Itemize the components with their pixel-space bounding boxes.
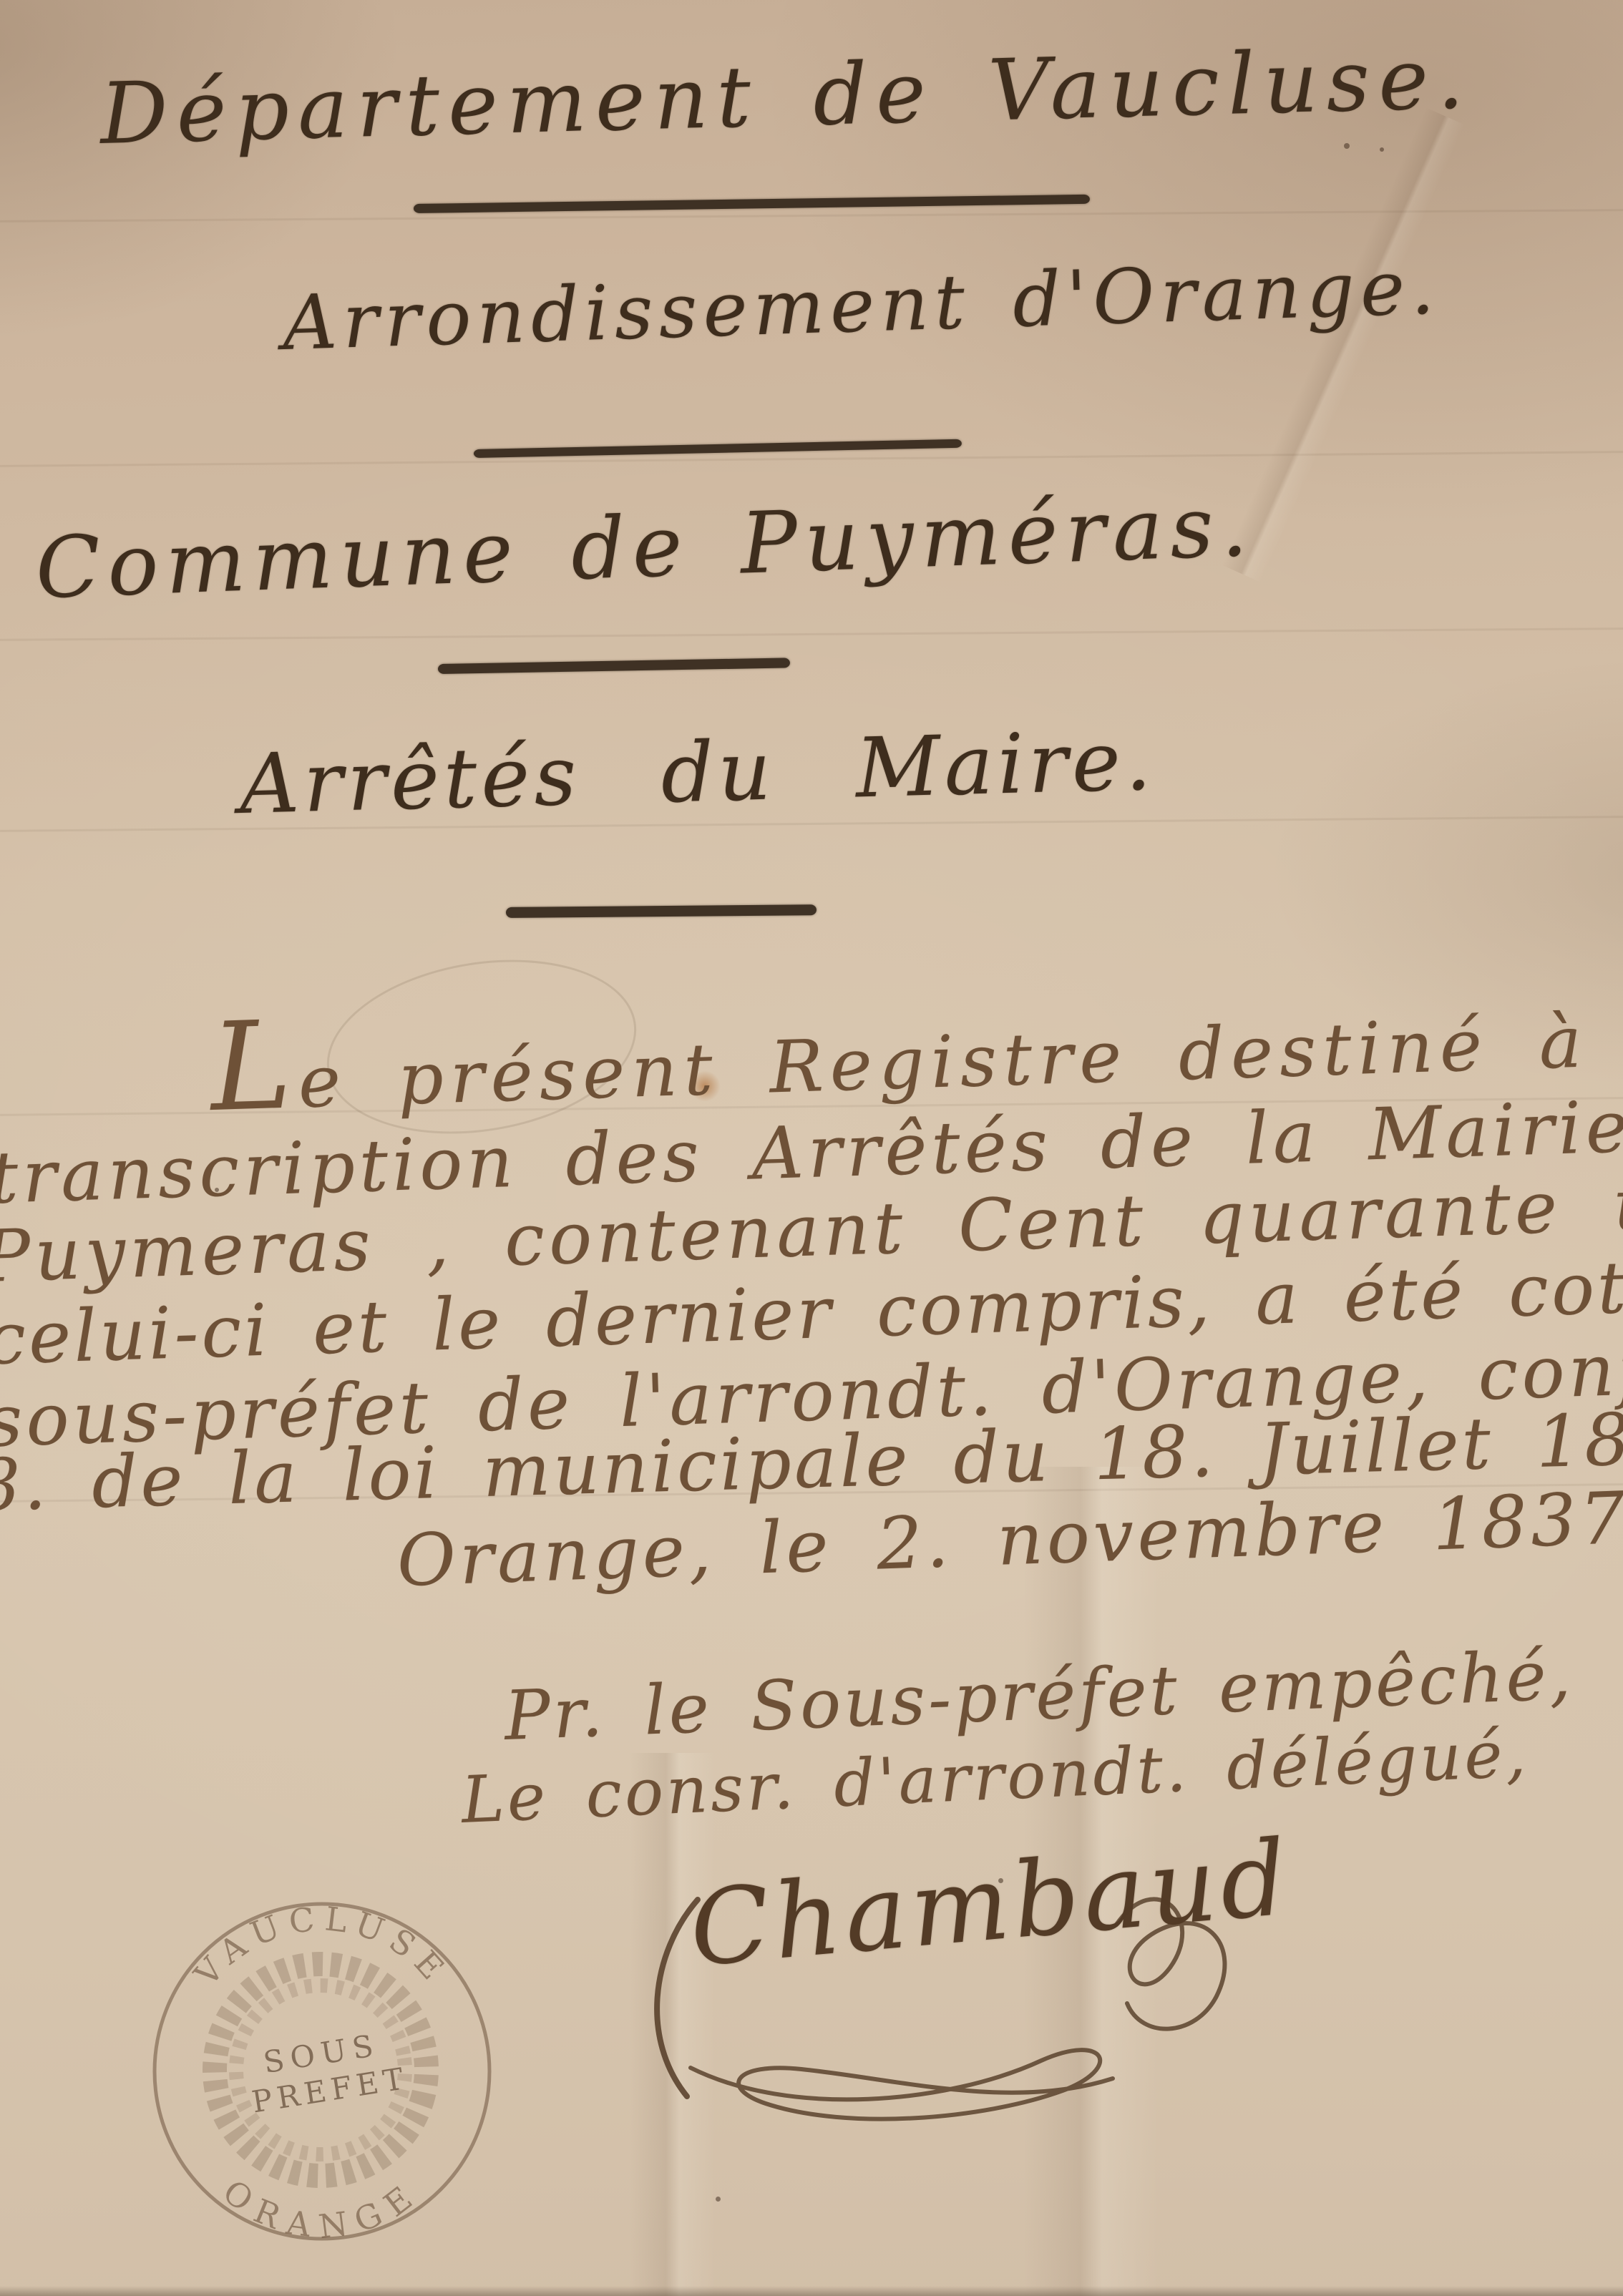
- signature-paraphe: [1116, 1899, 1224, 2028]
- paper-crease: [1222, 107, 1466, 582]
- paper-speck: [1380, 147, 1384, 152]
- underline-flourish: [474, 439, 962, 458]
- ruled-guide-line: [0, 627, 1623, 641]
- sous-prefet-stamp: VAUCLUSE ORANGE SOUS PREFET: [147, 1892, 497, 2265]
- photo-bottom-shadow: [0, 2286, 1623, 2296]
- paper-speck: [1344, 143, 1350, 149]
- signature-underline-flourish: [691, 2050, 1113, 2119]
- signature-flourish: [612, 1860, 1435, 2204]
- heading-departement: Département de Vaucluse.: [99, 36, 1473, 156]
- underline-flourish: [438, 658, 790, 674]
- underline-flourish: [506, 904, 817, 918]
- heading-arretes-du-maire: Arrêtés du Maire.: [238, 720, 1156, 826]
- stamp-arc-bottom-text: ORANGE: [215, 2172, 428, 2247]
- ruled-guide-line: [0, 451, 1623, 467]
- stamp-center-text: SOUS PREFET: [243, 2023, 410, 2119]
- heading-commune: Commune de Puyméras.: [34, 484, 1256, 610]
- heading-arrondissement: Arrondissement d'Orange.: [281, 250, 1441, 361]
- body-line-1-initial: L: [208, 995, 300, 1139]
- manuscript-photo: Département de Vaucluse. Arrondissement …: [0, 0, 1623, 2296]
- underline-flourish: [414, 195, 1090, 213]
